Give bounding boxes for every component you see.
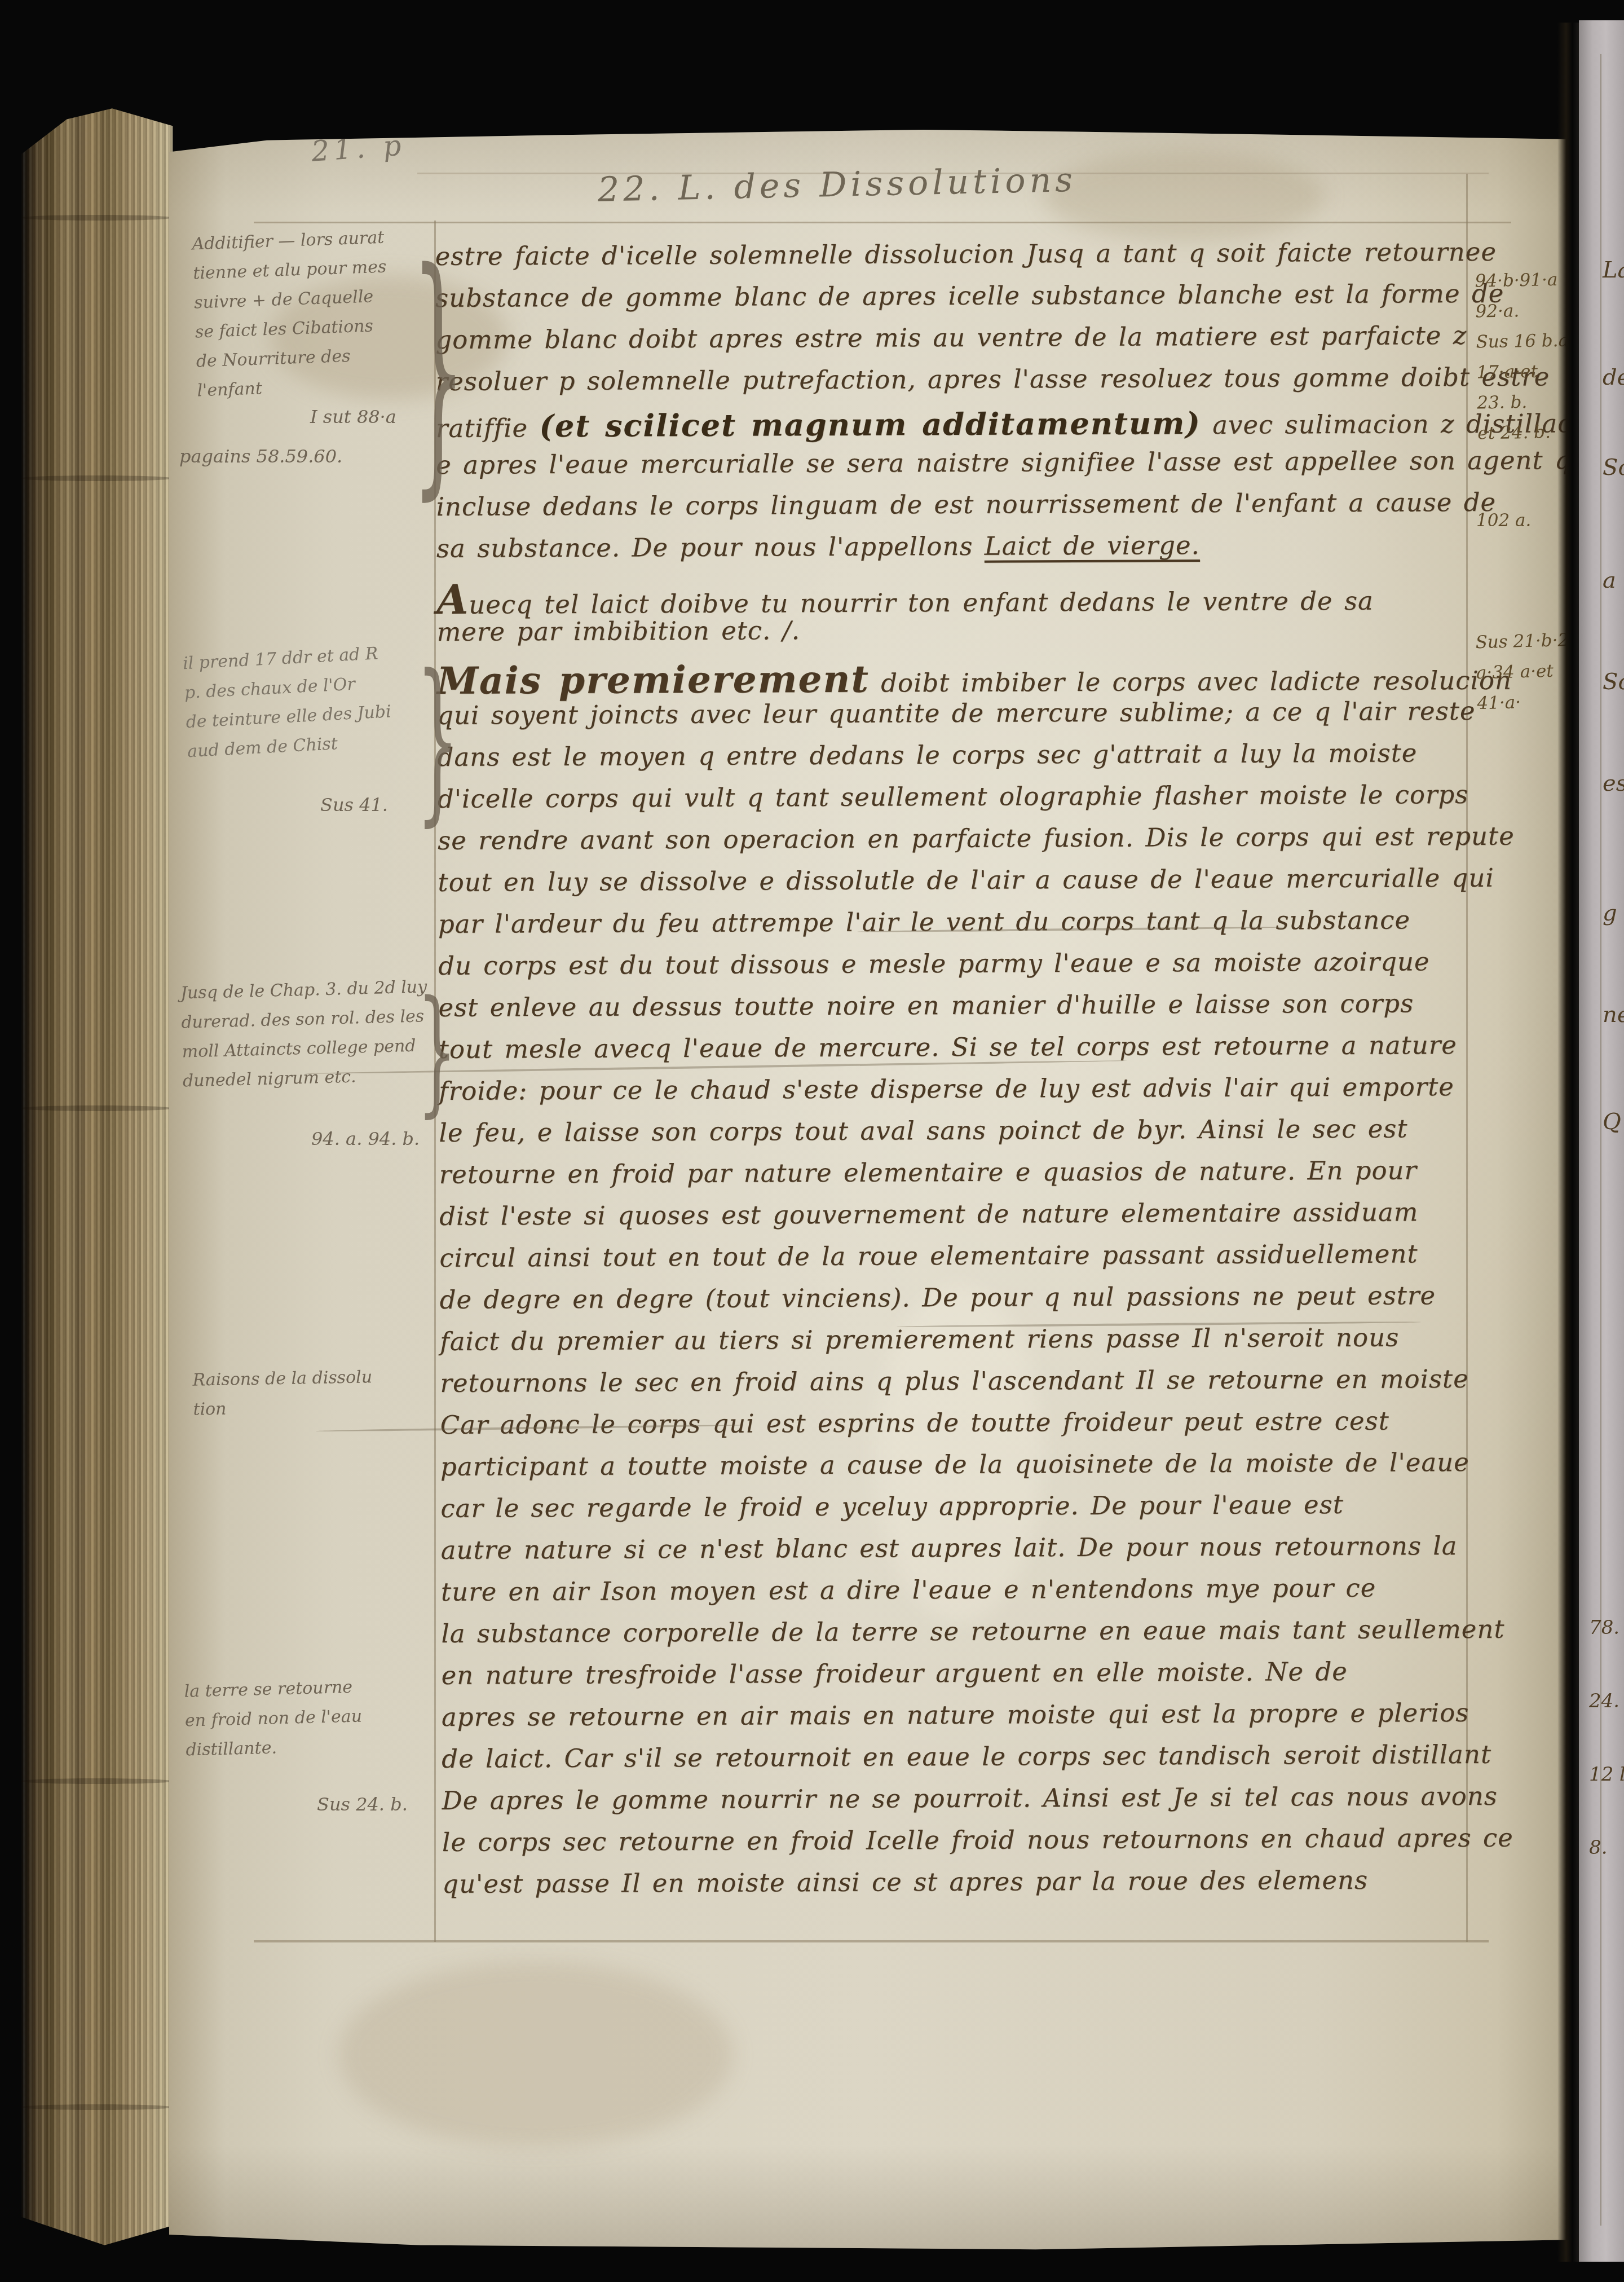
text-line: dunedel nigrum etc. — [182, 1060, 425, 1096]
text-line: participant a toutte moiste a cause de l… — [440, 1447, 1466, 1494]
text-line: du corps est du tout dissous e mesle par… — [438, 946, 1463, 993]
paragraph-heading: Mais premierement — [437, 657, 870, 703]
text-line: par l'ardeur du feu attrempe l'air le ve… — [438, 905, 1463, 951]
text-line: car le sec regarde le froid e yceluy app… — [440, 1489, 1466, 1535]
text-line: e apres l'eaue mercurialle se sera naist… — [436, 446, 1461, 492]
facing-text-fragment: es — [1603, 770, 1624, 796]
line-laict-de-vierge: sa substance. De pour nous l'appellons L… — [436, 529, 1462, 575]
facing-page-edge: La de So a So es g ne Q 78. 6. 24. 23 12… — [1579, 20, 1624, 2262]
text-line: dist l'este si quoses est gouvernement d… — [439, 1197, 1464, 1243]
facing-text-fragment: So — [1603, 455, 1624, 481]
margin-note-recipe: il prend 17 ddr et ad Rp. des chaux de l… — [182, 637, 430, 766]
text-line: de laict. Car s'il se retournoit en eaue… — [442, 1739, 1467, 1786]
body-lines-6-7: e apres l'eaue mercurialle se sera naist… — [436, 446, 1462, 534]
latin-parenthetical: (et scilicet magnum additamentum) — [539, 405, 1201, 444]
line-segment: doibt imbiber le corps avec ladicte reso… — [870, 666, 1512, 698]
ruled-line-bottom — [254, 1940, 1489, 1942]
facing-ref-number: 78. 6. — [1589, 1616, 1624, 1639]
underlined-phrase: Laict de vierge. — [985, 530, 1200, 561]
leaf-ridge — [21, 1778, 173, 1784]
text-line: Car adonc le corps qui est esprins de to… — [440, 1406, 1466, 1452]
facing-ref-number: 12 l. 6. — [1589, 1763, 1624, 1786]
facing-text-fragment: de — [1603, 364, 1624, 390]
margin-note-chapter: Jusq de le Chap. 3. du 2d luydurerad. de… — [180, 972, 425, 1096]
text-line: se rendre avant son operacion en parfaic… — [438, 821, 1463, 867]
text-line: apres se retourne en air mais en nature … — [442, 1698, 1467, 1744]
text-line: tion — [193, 1391, 436, 1424]
text-line: distillante. — [186, 1729, 429, 1765]
body-text-block: estre faicte d'icelle solemnelle dissolu… — [435, 237, 1468, 1911]
line-mere: mere par imbibition etc. /. — [436, 613, 1462, 659]
text-line: De apres le gomme nourrir ne se pourroit… — [442, 1781, 1467, 1827]
text-line: le feu, e laisse son corps tout aval san… — [439, 1113, 1464, 1160]
text-line: ture en air Ison moyen est a dire l'eaue… — [441, 1572, 1466, 1619]
margin-brace: } — [416, 639, 459, 843]
margin-ref: Sus 24. b. — [317, 1794, 408, 1815]
text-line: dans est le moyen q entre dedans le corp… — [437, 738, 1462, 784]
facing-ref-number: 8. — [1589, 1836, 1607, 1859]
manuscript-photo: 21. p 22. L. des Dissolutions estre faic… — [0, 0, 1624, 2282]
text-line: retourne en froid par nature elementaire… — [439, 1155, 1464, 1201]
text-line: qui soyent joincts avec leur quantite de… — [437, 696, 1462, 742]
text-line: d'icelle corps qui vult q tant seullemen… — [438, 779, 1463, 826]
text-line: est enleve au dessus toutte noire en man… — [438, 988, 1463, 1034]
margin-note-additifier: Additifier — lors aurattienne et alu pou… — [192, 222, 440, 406]
text-line: de degre en degre (tout vinciens). De po… — [440, 1280, 1465, 1327]
text-line: la substance corporelle de la terre se r… — [441, 1614, 1466, 1660]
text-line: qu'est passe Il en moiste ainsi ce st ap… — [442, 1865, 1467, 1911]
facing-text-fragment: a — [1603, 567, 1616, 593]
text-line: en nature tresfroide l'asse froideur arg… — [442, 1656, 1467, 1702]
margin-brace: } — [417, 972, 457, 1131]
text-line: retournons le sec en froid ains q plus l… — [440, 1364, 1465, 1410]
margin-note-terre: la terre se retourneen froid non de l'ea… — [184, 1671, 429, 1765]
leaf-ridge — [21, 475, 173, 481]
line-segment: sa substance. De pour nous l'appellons — [436, 531, 985, 563]
margin-ref: pagains 58.59.60. — [179, 446, 342, 467]
folio-number: 21. p — [310, 129, 407, 168]
text-line: faict du premier au tiers si premieremen… — [440, 1322, 1465, 1368]
body-lines-1-4: estre faicte d'icelle solemnelle dissolu… — [435, 237, 1461, 408]
margin-ref: Sus 41. — [320, 794, 388, 816]
margin-note-raisons: Raisons de la dissolution — [192, 1362, 436, 1424]
leaf-ridge — [21, 1105, 173, 1111]
facing-text-fragment: ne — [1603, 1002, 1624, 1028]
facing-ref-number: 24. 23 — [1589, 1690, 1624, 1712]
facing-text-fragment: So — [1603, 669, 1624, 695]
book-page-stack-edge — [21, 85, 173, 2256]
text-line: Raisons de la dissolu — [192, 1362, 435, 1395]
body-lines-12-40: qui soyent joincts avec leur quantite de… — [437, 696, 1467, 1911]
line-segment: uecq tel laict doibve tu nourrir ton enf… — [469, 586, 1374, 620]
paragraph-initial: A — [436, 575, 469, 623]
text-line: le corps sec retourne en froid Icelle fr… — [442, 1823, 1467, 1869]
margin-ref: 94. a. 94. b. — [311, 1128, 420, 1149]
facing-text-fragment: La — [1603, 257, 1624, 283]
text-line: autre nature si ce n'est blanc est aupre… — [441, 1531, 1466, 1577]
text-line: froide: pour ce le chaud s'este disperse… — [439, 1072, 1464, 1118]
margin-ref: I sut 88·a — [310, 406, 396, 428]
facing-text-fragment: g — [1603, 900, 1617, 926]
leaf-ridge — [21, 215, 173, 221]
text-line: resoluer p solemnelle putrefaction, apre… — [436, 362, 1461, 408]
manuscript-page: 21. p 22. L. des Dissolutions estre faic… — [169, 129, 1566, 2252]
text-line: substance de gomme blanc de apres icelle… — [435, 279, 1460, 325]
text-line: tout en luy se dissolve e dissolutle de … — [438, 863, 1463, 909]
leaf-ridge — [21, 2104, 173, 2110]
line-mais-premierement: Mais premierement doibt imbiber le corps… — [437, 654, 1462, 701]
text-line: incluse dedans le corps linguam de est n… — [436, 487, 1461, 534]
text-line: circul ainsi tout en tout de la roue ele… — [439, 1239, 1464, 1285]
text-line: estre faicte d'icelle solemnelle dissolu… — [435, 237, 1460, 283]
margin-brace: } — [412, 219, 465, 523]
facing-text-fragment: Q — [1603, 1109, 1621, 1135]
line-avecq: Auecq tel laict doibve tu nourrir ton en… — [436, 571, 1462, 617]
facing-page-margin-rule — [1600, 54, 1601, 2226]
text-line: gomme blanc doibt apres estre mis au ven… — [435, 320, 1460, 367]
line-additamentum: ratiffie (et scilicet magnum additamentu… — [436, 404, 1461, 450]
parchment-stain — [338, 1962, 733, 2148]
